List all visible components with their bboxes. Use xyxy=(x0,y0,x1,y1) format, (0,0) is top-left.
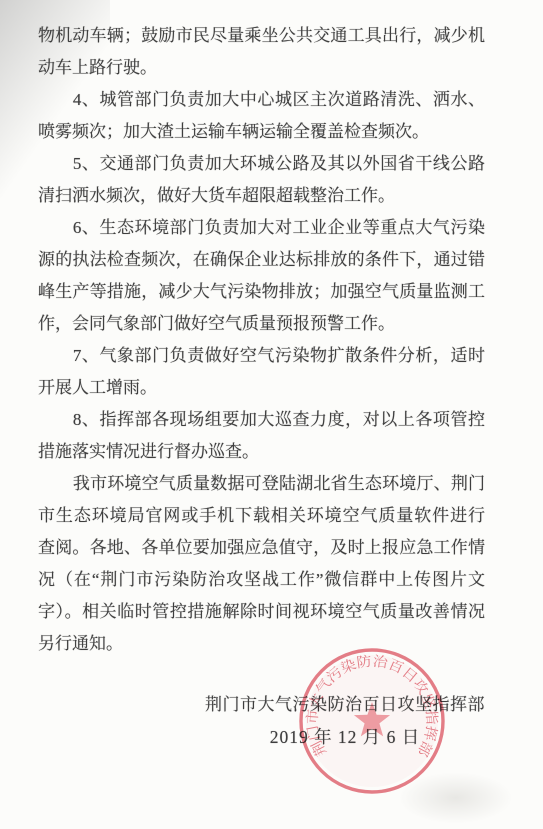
text-line: 7、气象部门负责做好空气污染物扩散条件分析，适时 xyxy=(38,340,485,372)
text-line: 另行通知。 xyxy=(38,628,485,660)
text-line: 况（在“荆门市污染防治攻坚战工作”微信群中上传图片文 xyxy=(38,564,485,596)
text-line: 8、指挥部各现场组要加大巡查力度，对以上各项管控 xyxy=(38,404,485,436)
text-line: 4、城管部门负责加大中心城区主次道路清洗、洒水、 xyxy=(38,84,485,116)
text-line: 6、生态环境部门负责加大对工业企业等重点大气污染 xyxy=(38,212,485,244)
text-line: 动车上路行驶。 xyxy=(38,52,485,84)
signature-block: 荆门市大气污染防治百日攻坚指挥部 2019 年 12 月 6 日 xyxy=(205,689,485,753)
scan-smudge-bottomright xyxy=(398,772,513,824)
text-line: 市生态环境局官网或手机下载相关环境空气质量软件进行 xyxy=(38,500,485,532)
text-line: 开展人工增雨。 xyxy=(38,372,485,404)
body-text: 物机动车辆；鼓励市民尽量乘坐公共交通工具出行，减少机 动车上路行驶。 4、城管部… xyxy=(38,20,485,660)
signature-line: 荆门市大气污染防治百日攻坚指挥部 xyxy=(205,689,485,721)
text-line: 5、交通部门负责加大环城公路及其以外国省干线公路 xyxy=(38,148,485,180)
text-line: 我市环境空气质量数据可登陆湖北省生态环境厅、荆门 xyxy=(38,468,485,500)
text-line: 查阅。各地、各单位要加强应急值守，及时上报应急工作情 xyxy=(38,532,485,564)
text-line: 措施落实情况进行督办巡查。 xyxy=(38,436,485,468)
text-line: 源的执法检查频次，在确保企业达标排放的条件下，通过错 xyxy=(38,244,485,276)
text-line: 字）。相关临时管控措施解除时间视环境空气质量改善情况 xyxy=(38,596,485,628)
text-line: 清扫洒水频次，做好大货车超限超载整治工作。 xyxy=(38,180,485,212)
text-line: 作，会同气象部门做好空气质量预报预警工作。 xyxy=(38,308,485,340)
date-line: 2019 年 12 月 6 日 xyxy=(205,721,485,753)
text-line: 物机动车辆；鼓励市民尽量乘坐公共交通工具出行，减少机 xyxy=(38,20,485,52)
text-line: 峰生产等措施，减少大气污染物排放；加强空气质量监测工 xyxy=(38,276,485,308)
text-line: 喷雾频次；加大渣土运输车辆运输全覆盖检查频次。 xyxy=(38,116,485,148)
document-page: 物机动车辆；鼓励市民尽量乘坐公共交通工具出行，减少机 动车上路行驶。 4、城管部… xyxy=(0,0,543,829)
